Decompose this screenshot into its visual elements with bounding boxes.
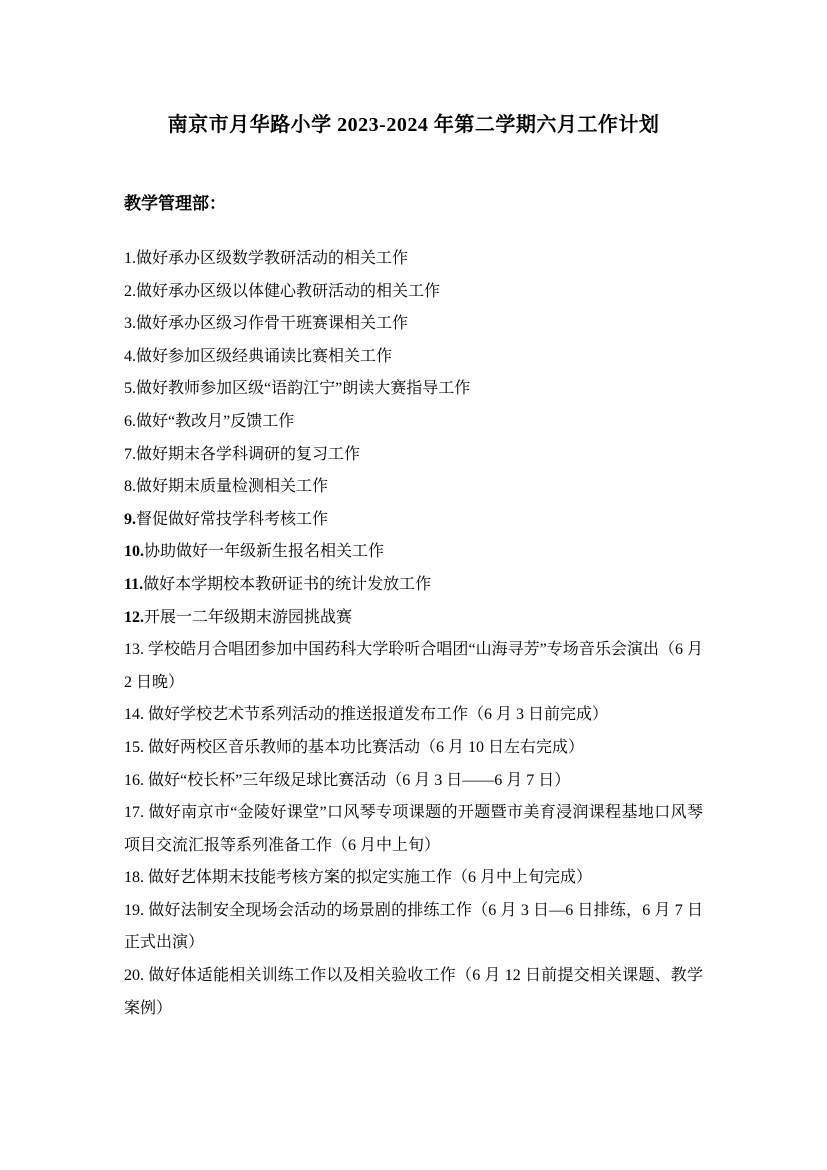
item-text: 做好艺体期末技能考核方案的拟定实施工作（6 月中上旬完成） bbox=[144, 869, 592, 886]
item-text: 做好南京市“金陵好课堂”口风琴专项课题的开题暨市美育浸润课程基地口风琴项目交流汇… bbox=[124, 804, 703, 854]
list-item: 10.协助做好一年级新生报名相关工作 bbox=[124, 536, 703, 569]
item-number: 6. bbox=[124, 413, 136, 430]
item-number: 11. bbox=[124, 576, 143, 593]
list-item: 2.做好承办区级以体健心教研活动的相关工作 bbox=[124, 276, 703, 309]
item-text: 做好承办区级以体健心教研活动的相关工作 bbox=[136, 283, 440, 300]
item-text: 督促做好常技学科考核工作 bbox=[136, 511, 328, 528]
list-item: 20. 做好体适能相关训练工作以及相关验收工作（6 月 12 日前提交相关课题、… bbox=[124, 960, 703, 1025]
list-item: 16. 做好“校长杯”三年级足球比赛活动（6 月 3 日——6 月 7 日） bbox=[124, 765, 703, 798]
list-item: 11.做好本学期校本教研证书的统计发放工作 bbox=[124, 569, 703, 602]
item-text: 做好“校长杯”三年级足球比赛活动（6 月 3 日——6 月 7 日） bbox=[144, 772, 570, 789]
list-item: 12.开展一二年级期末游园挑战赛 bbox=[124, 602, 703, 635]
item-number: 5. bbox=[124, 380, 136, 397]
item-text: 做好参加区级经典诵读比赛相关工作 bbox=[136, 348, 392, 365]
list-item: 3.做好承办区级习作骨干班赛课相关工作 bbox=[124, 308, 703, 341]
list-item: 9.督促做好常技学科考核工作 bbox=[124, 504, 703, 537]
item-number: 10. bbox=[124, 543, 144, 560]
list-item: 5.做好教师参加区级“语韵江宁”朗读大赛指导工作 bbox=[124, 373, 703, 406]
item-number: 13. bbox=[124, 641, 144, 658]
item-number: 7. bbox=[124, 446, 136, 463]
item-text: 做好本学期校本教研证书的统计发放工作 bbox=[143, 576, 431, 593]
list-item: 1.做好承办区级数学教研活动的相关工作 bbox=[124, 243, 703, 276]
list-item: 19. 做好法制安全现场会活动的场景剧的排练工作（6 月 3 日—6 日排练，6… bbox=[124, 895, 703, 960]
item-number: 18. bbox=[124, 869, 144, 886]
list-item: 8.做好期末质量检测相关工作 bbox=[124, 471, 703, 504]
item-number: 8. bbox=[124, 478, 136, 495]
item-text: 做好期末各学科调研的复习工作 bbox=[136, 446, 360, 463]
list-item: 6.做好“教改月”反馈工作 bbox=[124, 406, 703, 439]
item-text: 做好法制安全现场会活动的场景剧的排练工作（6 月 3 日—6 日排练，6 月 7… bbox=[124, 902, 703, 952]
item-number: 17. bbox=[124, 804, 144, 821]
item-text: 做好体适能相关训练工作以及相关验收工作（6 月 12 日前提交相关课题、教学案例… bbox=[124, 967, 703, 1017]
item-number: 16. bbox=[124, 772, 144, 789]
item-number: 19. bbox=[124, 902, 144, 919]
page-title: 南京市月华路小学 2023-2024 年第二学期六月工作计划 bbox=[124, 111, 703, 139]
item-text: 做好承办区级数学教研活动的相关工作 bbox=[136, 250, 408, 267]
list-item: 17. 做好南京市“金陵好课堂”口风琴专项课题的开题暨市美育浸润课程基地口风琴项… bbox=[124, 797, 703, 862]
item-text: 学校皓月合唱团参加中国药科大学聆听合唱团“山海寻芳”专场音乐会演出（6 月 2 … bbox=[124, 641, 703, 691]
item-number: 1. bbox=[124, 250, 136, 267]
document-page: 南京市月华路小学 2023-2024 年第二学期六月工作计划 教学管理部： 1.… bbox=[0, 0, 827, 1170]
list-item: 4.做好参加区级经典诵读比赛相关工作 bbox=[124, 341, 703, 374]
item-text: 做好教师参加区级“语韵江宁”朗读大赛指导工作 bbox=[136, 380, 470, 397]
item-text: 做好期末质量检测相关工作 bbox=[136, 478, 328, 495]
list-item: 18. 做好艺体期末技能考核方案的拟定实施工作（6 月中上旬完成） bbox=[124, 862, 703, 895]
section-heading: 教学管理部： bbox=[124, 191, 703, 217]
item-number: 12. bbox=[124, 609, 144, 626]
item-text: 做好承办区级习作骨干班赛课相关工作 bbox=[136, 315, 408, 332]
item-text: 开展一二年级期末游园挑战赛 bbox=[144, 609, 352, 626]
item-number: 2. bbox=[124, 283, 136, 300]
item-text: 做好学校艺术节系列活动的推送报道发布工作（6 月 3 日前完成） bbox=[144, 706, 608, 723]
item-text: 做好两校区音乐教师的基本功比赛活动（6 月 10 日左右完成） bbox=[144, 739, 584, 756]
item-text: 协助做好一年级新生报名相关工作 bbox=[144, 543, 384, 560]
list-item: 14. 做好学校艺术节系列活动的推送报道发布工作（6 月 3 日前完成） bbox=[124, 699, 703, 732]
item-number: 9. bbox=[124, 511, 136, 528]
item-number: 14. bbox=[124, 706, 144, 723]
list-item: 13. 学校皓月合唱团参加中国药科大学聆听合唱团“山海寻芳”专场音乐会演出（6 … bbox=[124, 634, 703, 699]
list-item: 15. 做好两校区音乐教师的基本功比赛活动（6 月 10 日左右完成） bbox=[124, 732, 703, 765]
item-text: 做好“教改月”反馈工作 bbox=[136, 413, 294, 430]
item-number: 20. bbox=[124, 967, 144, 984]
item-number: 3. bbox=[124, 315, 136, 332]
list-item: 7.做好期末各学科调研的复习工作 bbox=[124, 439, 703, 472]
item-number: 4. bbox=[124, 348, 136, 365]
item-number: 15. bbox=[124, 739, 144, 756]
work-plan-list: 1.做好承办区级数学教研活动的相关工作 2.做好承办区级以体健心教研活动的相关工… bbox=[124, 243, 703, 1025]
